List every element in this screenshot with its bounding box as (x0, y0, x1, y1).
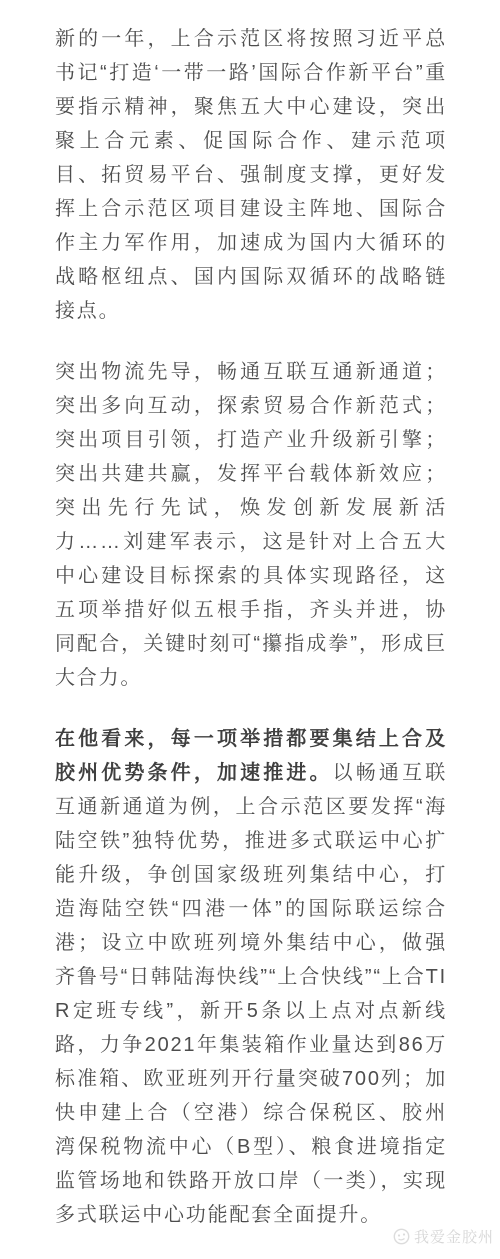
watermark-logo-icon (393, 1228, 410, 1245)
watermark: 我爱金胶州 (393, 1226, 494, 1247)
paragraph-1-text: 新的一年，上合示范区将按照习近平总书记“打造‘一带一路’国际合作新平台”重要指示… (55, 28, 447, 322)
article-paragraph-2: 突出物流先导，畅通互联互通新通道；突出多向互动，探索贸易合作新范式；突出项目引领… (55, 355, 447, 695)
article-paragraph-1: 新的一年，上合示范区将按照习近平总书记“打造‘一带一路’国际合作新平台”重要指示… (55, 22, 447, 328)
article-paragraph-3: 在他看来，每一项举措都要集结上合及胶州优势条件，加速推进。以畅通互联互通新通道为… (55, 722, 447, 1232)
article-body: 新的一年，上合示范区将按照习近平总书记“打造‘一带一路’国际合作新平台”重要指示… (0, 0, 500, 1232)
paragraph-3-text: 以畅通互联互通新通道为例，上合示范区要发挥“海陆空铁”独特优势，推进多式联运中心… (55, 762, 447, 1226)
watermark-label: 我爱金胶州 (414, 1226, 494, 1247)
paragraph-2-text: 突出物流先导，畅通互联互通新通道；突出多向互动，探索贸易合作新范式；突出项目引领… (55, 361, 447, 689)
